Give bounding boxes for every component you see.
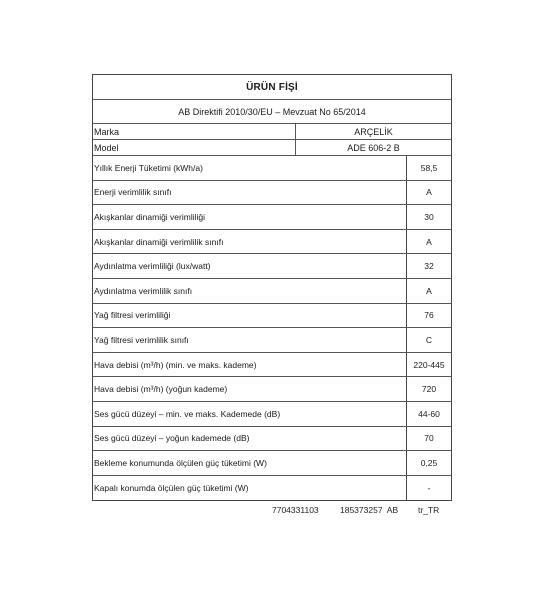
directive-row: AB Direktifi 2010/30/EU – Mevzuat No 65/… [93,100,451,124]
table-row-noise-boost: Ses gücü düzeyi – yoğun kademede (dB) 70 [93,427,451,452]
row-label: Yağ filtresi verimlilik sınıfı [93,328,407,352]
row-label: Aydınlatma verimlilik sınıfı [93,279,407,303]
table-row-fluid-efficiency: Akışkanlar dinamiği verimliliği 30 [93,205,451,230]
table-row-noise-min-max: Ses gücü düzeyi – min. ve maks. Kademede… [93,402,451,427]
row-label: Kapalı konumda ölçülen güç tüketimi (W) [93,476,407,501]
table-row-standby-power: Bekleme konumunda ölçülen güç tüketimi (… [93,451,451,476]
fiche-title: ÜRÜN FİŞİ [246,82,298,93]
row-label: Hava debisi (m³/h) (min. ve maks. kademe… [93,353,407,377]
row-value: C [407,328,451,352]
row-label: Ses gücü düzeyi – yoğun kademede (dB) [93,427,407,451]
row-label: Yıllık Enerji Tüketimi (kWh/a) [93,156,407,180]
product-fiche-table: ÜRÜN FİŞİ AB Direktifi 2010/30/EU – Mevz… [92,74,452,501]
row-value: 70 [407,427,451,451]
table-row-fluid-class: Akışkanlar dinamiği verimlilik sınıfı A [93,230,451,255]
footer-code-2: 185373257 AB [340,505,398,515]
table-row-grease-filter-class: Yağ filtresi verimlilik sınıfı C [93,328,451,353]
row-value: 32 [407,254,451,278]
row-value: 720 [407,377,451,401]
row-value: 220-445 [407,353,451,377]
row-label: Akışkanlar dinamiği verimlilik sınıfı [93,230,407,254]
table-row-lighting-efficiency: Aydınlatma verimliliği (lux/watt) 32 [93,254,451,279]
model-label: Model [93,140,296,155]
row-value: A [407,279,451,303]
row-label: Ses gücü düzeyi – min. ve maks. Kademede… [93,402,407,426]
table-row-grease-filter-efficiency: Yağ filtresi verimliliği 76 [93,304,451,329]
table-row-energy-class: Enerji verimlilik sınıfı A [93,181,451,206]
row-value: A [407,230,451,254]
brand-label: Marka [93,124,296,139]
table-row-lighting-class: Aydınlatma verimlilik sınıfı A [93,279,451,304]
table-row-off-power: Kapalı konumda ölçülen güç tüketimi (W) … [93,476,451,501]
model-row: Model ADE 606-2 B [93,140,451,156]
fiche-title-row: ÜRÜN FİŞİ [93,75,451,100]
model-value: ADE 606-2 B [296,140,451,155]
footer-locale: tr_TR [418,505,439,515]
row-label: Aydınlatma verimliliği (lux/watt) [93,254,407,278]
row-value: 44-60 [407,402,451,426]
brand-value: ARÇELİK [296,124,451,139]
row-value: 58,5 [407,156,451,180]
row-value: A [407,181,451,205]
row-value: 0,25 [407,451,451,475]
row-label: Enerji verimlilik sınıfı [93,181,407,205]
footer-code-1: 7704331103 [272,505,319,515]
row-label: Akışkanlar dinamiği verimliliği [93,205,407,229]
directive-text: AB Direktifi 2010/30/EU – Mevzuat No 65/… [178,107,366,117]
row-label: Hava debisi (m³/h) (yoğun kademe) [93,377,407,401]
row-value: 30 [407,205,451,229]
row-value: 76 [407,304,451,328]
row-value: - [407,476,451,501]
row-label: Yağ filtresi verimliliği [93,304,407,328]
table-row-airflow-boost: Hava debisi (m³/h) (yoğun kademe) 720 [93,377,451,402]
brand-row: Marka ARÇELİK [93,124,451,140]
row-label: Bekleme konumunda ölçülen güç tüketimi (… [93,451,407,475]
table-row-airflow-min-max: Hava debisi (m³/h) (min. ve maks. kademe… [93,353,451,378]
table-row-annual-energy: Yıllık Enerji Tüketimi (kWh/a) 58,5 [93,156,451,181]
